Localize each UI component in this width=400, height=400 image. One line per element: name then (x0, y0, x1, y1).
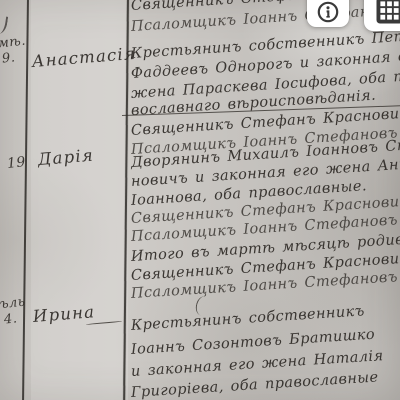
ink-smudge (0, 15, 8, 34)
entry-day-number: 9. (1, 50, 16, 66)
scanned-register-page[interactable]: мѣ. 9. 19 ѣль 4. Анастасія Дарія Ирина С… (0, 0, 400, 400)
table-rule-left (22, 0, 29, 400)
entry-month-fragment: мѣ. (0, 34, 27, 52)
entry-day-number: 19 (6, 154, 26, 172)
grid-icon (376, 0, 400, 31)
entry-month-fragment: ѣль (0, 295, 26, 313)
info-button[interactable] (307, 0, 349, 27)
info-icon (316, 0, 340, 27)
grid-view-button[interactable] (364, 0, 400, 31)
entry-day-number: 4. (3, 311, 18, 327)
